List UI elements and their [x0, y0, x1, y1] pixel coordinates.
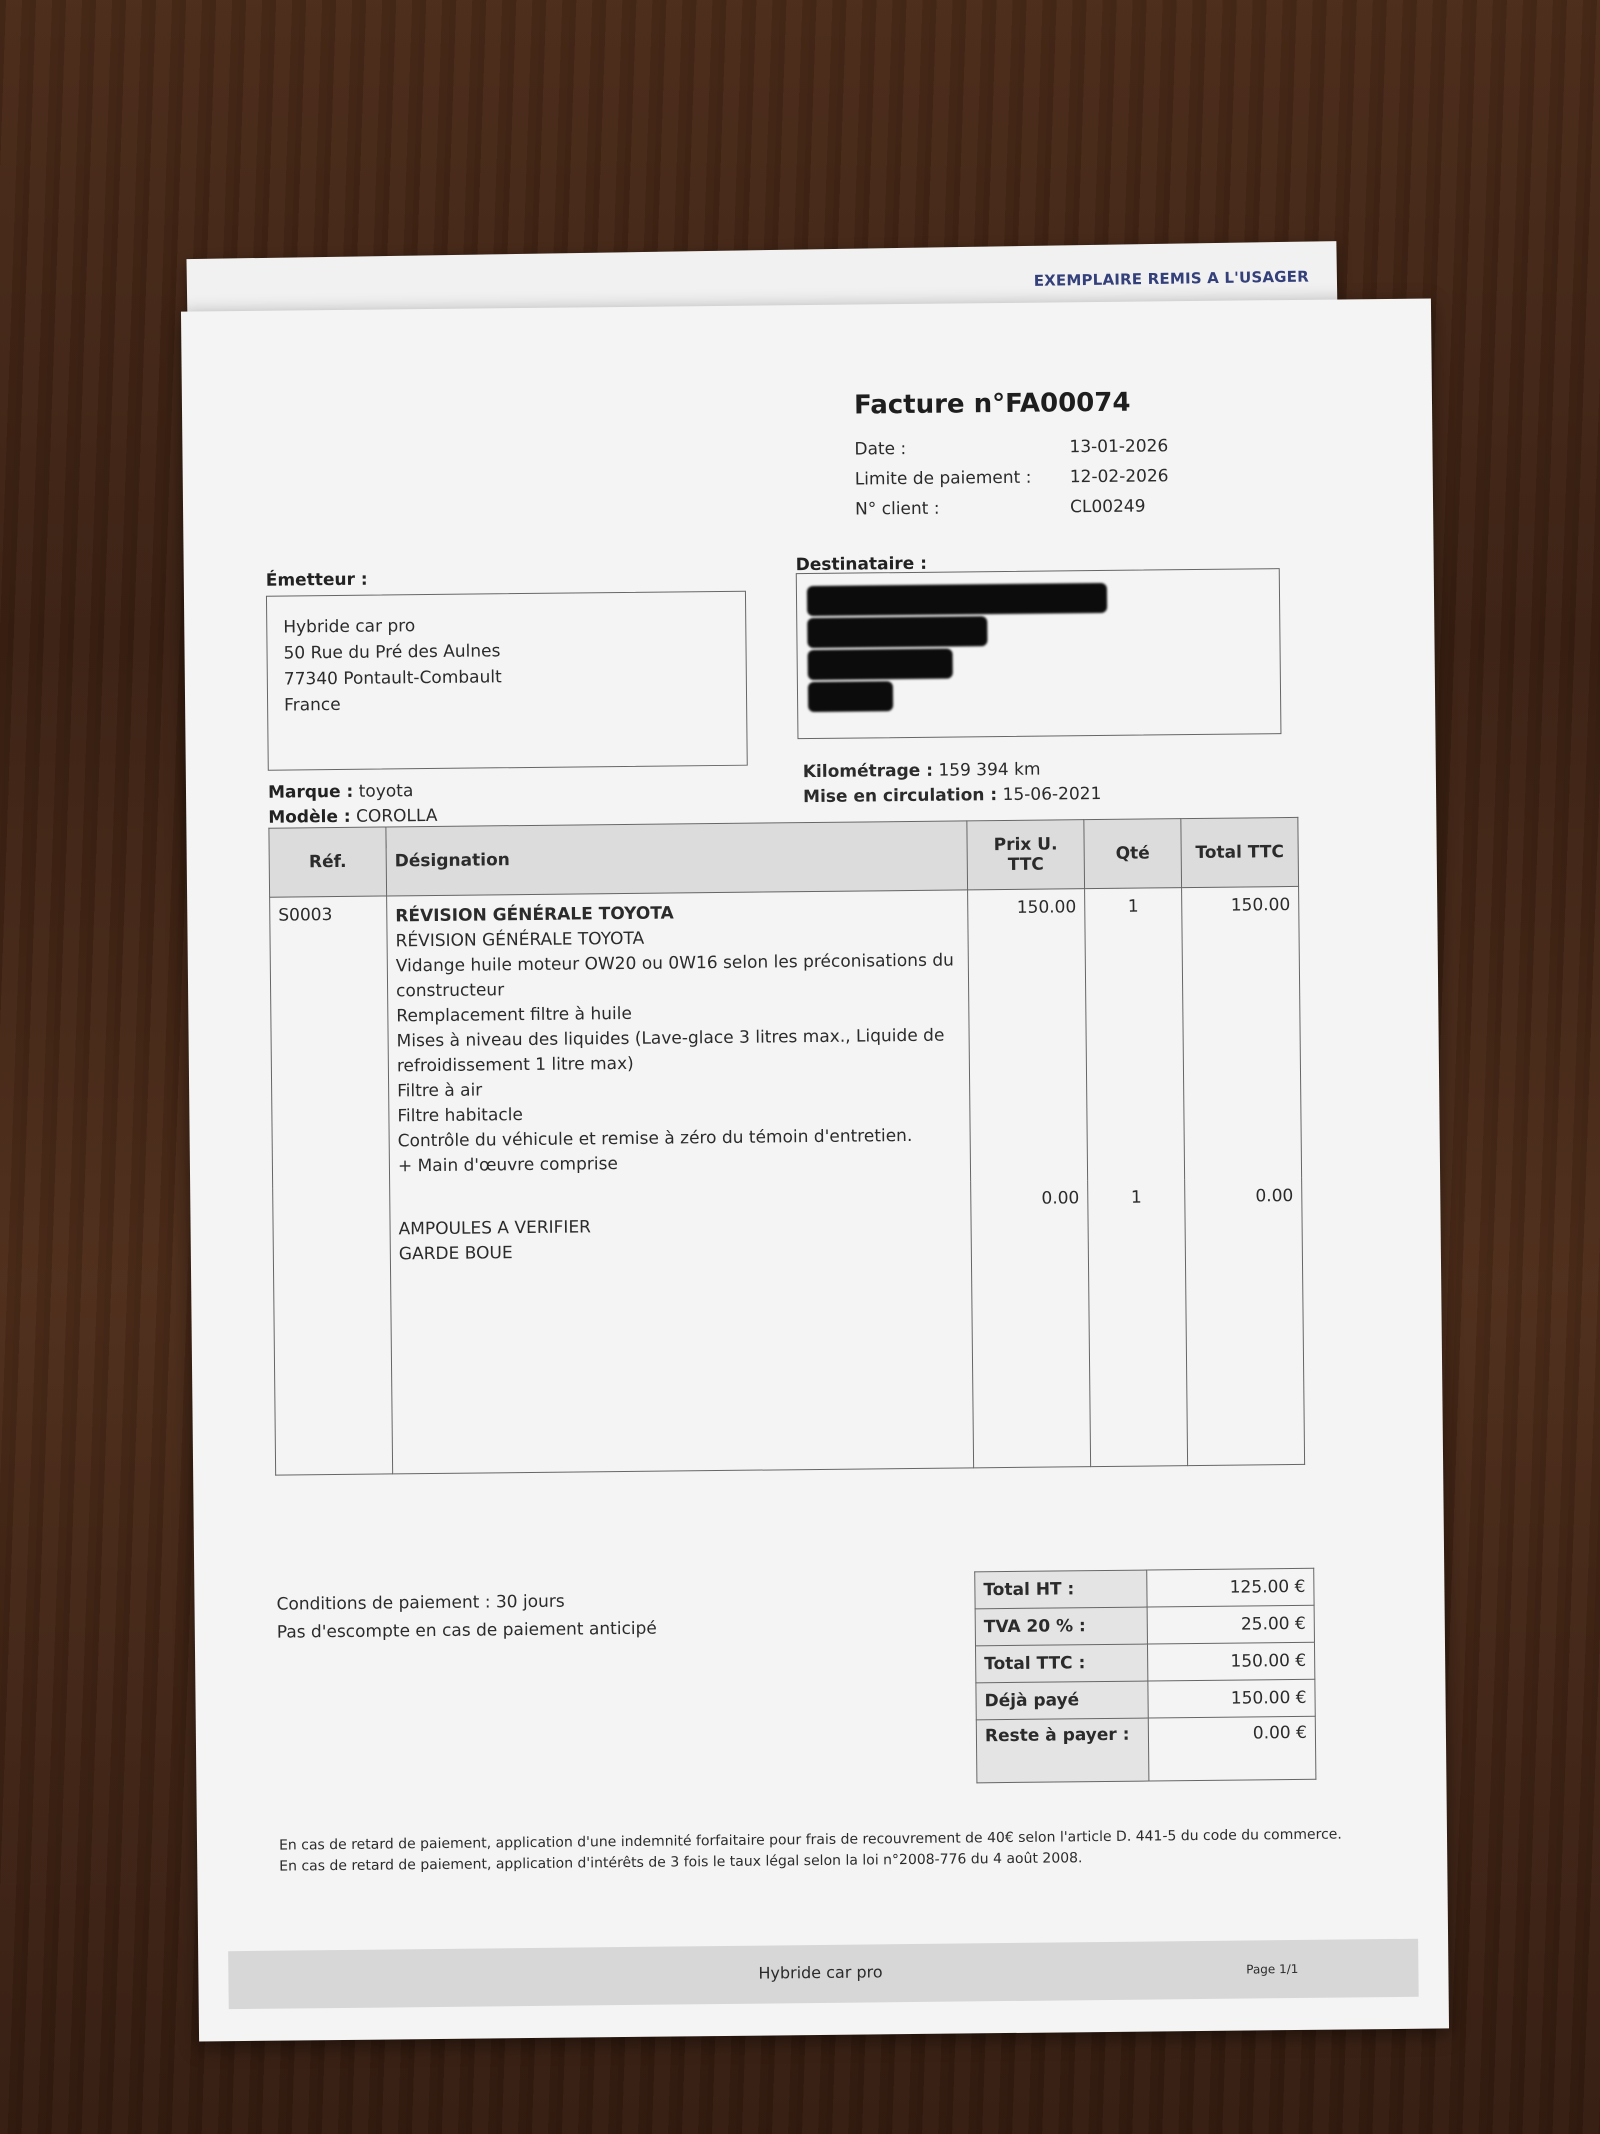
header-price: Prix U. TTC — [967, 820, 1085, 890]
payment-conditions: Conditions de paiement : 30 jours Pas d'… — [276, 1587, 657, 1647]
redaction-bar — [808, 681, 893, 712]
totals-table: Total HT :125.00 € TVA 20 % :25.00 € Tot… — [974, 1568, 1316, 1784]
remaining-row: Reste à payer :0.00 € — [976, 1716, 1316, 1783]
total-ttc-row: Total TTC :150.00 € — [975, 1642, 1314, 1683]
meta-due-date: Limite de paiement :12-02-2026 — [855, 461, 1169, 494]
vehicle-mileage: Kilométrage : 159 394 km Mise en circula… — [803, 757, 1102, 810]
already-paid-row: Déjà payé150.00 € — [976, 1679, 1315, 1720]
items-table: Réf. Désignation Prix U. TTC Qté Total T… — [268, 817, 1305, 1476]
destinataire-box — [796, 568, 1282, 739]
copy-stamp: EXEMPLAIRE REMIS A L'USAGER — [1034, 268, 1309, 290]
invoice-page: Facture n°FA00074 Date :13-01-2026 Limit… — [181, 299, 1449, 2042]
footer-company: Hybride car pro — [758, 1962, 882, 1982]
vehicle-model: COROLLA — [356, 806, 438, 827]
table-row: AMPOULES A VERIFIER GARDE BOUE 0.00 1 0.… — [273, 1178, 1305, 1475]
header-total: Total TTC — [1181, 817, 1299, 887]
footer-page-number: Page 1/1 — [1246, 1962, 1298, 1977]
page-footer: Hybride car pro Page 1/1 — [228, 1939, 1419, 2009]
tva-row: TVA 20 % :25.00 € — [975, 1605, 1314, 1646]
redaction-bar — [807, 616, 987, 648]
invoice-meta: Date :13-01-2026 Limite de paiement :12-… — [854, 431, 1169, 524]
header-ref: Réf. — [269, 827, 387, 897]
header-designation: Désignation — [386, 821, 968, 896]
emetteur-label: Émetteur : — [266, 570, 368, 591]
total-ht-row: Total HT :125.00 € — [975, 1568, 1314, 1609]
table-row: S0003 RÉVISION GÉNÉRALE TOYOTA RÉVISION … — [270, 886, 1302, 1188]
emetteur-box: Hybride car pro 50 Rue du Pré des Aulnes… — [266, 591, 748, 771]
invoice-title: Facture n°FA00074 — [854, 388, 1131, 421]
redaction-bar — [807, 583, 1107, 616]
redaction-bar — [808, 649, 953, 681]
vehicle-brand: toyota — [359, 781, 414, 802]
header-qty: Qté — [1084, 819, 1182, 889]
emetteur-line: France — [284, 688, 730, 719]
legal-notice: En cas de retard de paiement, applicatio… — [279, 1824, 1359, 1877]
meta-client-number: N° client :CL00249 — [855, 491, 1169, 524]
meta-date: Date :13-01-2026 — [854, 431, 1168, 464]
